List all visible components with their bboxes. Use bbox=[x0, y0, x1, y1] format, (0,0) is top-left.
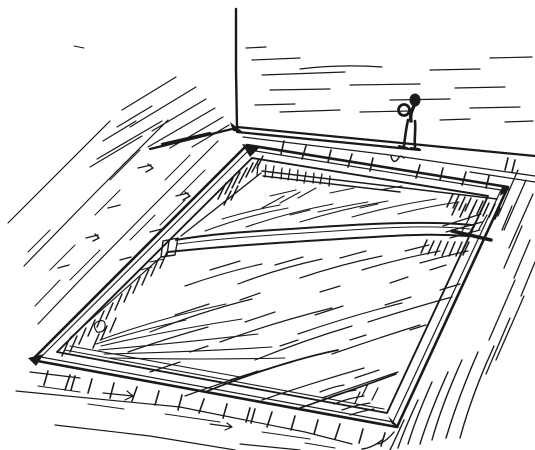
hook-head bbox=[410, 94, 421, 107]
illustration-canvas: A shallow rectangular hiding-place reces… bbox=[0, 0, 535, 450]
paper-background bbox=[0, 0, 535, 450]
wall-corner-line bbox=[236, 9, 237, 127]
trapdoor-sketch: A shallow rectangular hiding-place reces… bbox=[0, 0, 535, 450]
